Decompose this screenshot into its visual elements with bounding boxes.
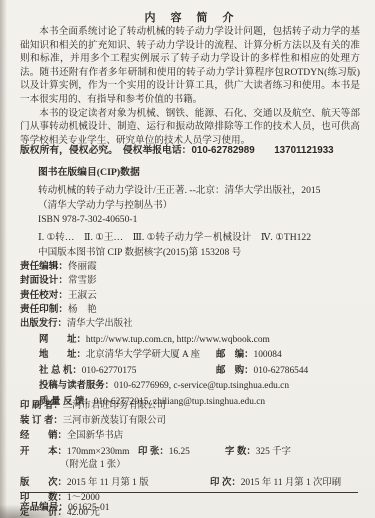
staff-value: 常雪影 [68,275,97,286]
publishing-info: 出版发行：清华大学出版社 网 址：http://www.tup.com.cn, … [20,316,360,409]
content-summary: 本书全面系统讨论了转动机械的转子动力学设计问题，包括转子动力学的基础知识和相关的… [20,25,360,147]
cip-isbn-line: ISBN 978-7-302-40650-1 [38,213,360,228]
footer-divider [20,492,358,493]
website-label: 网 址： [39,333,86,344]
cip-classification-line: Ⅰ. ①转… Ⅱ. ①王… Ⅲ. ①转子动力学－机械设计 Ⅳ. ①TH122 [38,229,360,243]
reader-service-label: 投稿与读者服务： [39,379,114,390]
impression-label: 印 次： [210,476,241,487]
edition-row: 版 次：2015 年 11 月第 1 版 印 次：2015 年 11 月第 1 … [20,475,360,490]
postcode-label: 邮 编： [216,348,254,359]
distributor-label: 经 销： [20,429,67,440]
postcode-value: 100084 [254,350,282,360]
distributor-value: 全国新华书店 [67,431,123,441]
staff-value: 佟丽霞 [68,261,97,272]
mail-order-pair: 邮 购：010-62786544 [216,363,308,379]
address-row: 地 址：北京清华大学学研大厦 A 座 邮 编：100084 [20,347,360,363]
distributor-row: 经 销：全国新华书店 [20,428,360,443]
cip-header: 图书在版编目(CIP)数据 [38,164,375,178]
switchboard-label: 社 总 机： [39,364,82,375]
printer-label: 印 刷 者： [20,399,63,410]
sheets-value: 16.25 [169,447,190,457]
staff-label: 责任编辑： [20,261,68,272]
cip-series-line: （清华大学动力学与控制丛书） [38,199,360,214]
publisher-value: 清华大学出版社 [67,319,133,329]
product-number-value: 061625-01 [68,502,110,513]
publisher-label: 出版发行： [20,317,67,328]
staff-label: 责任印制： [20,304,68,315]
switchboard-value: 010-62770175 [82,366,137,376]
cip-block: 转动机械的转子动力学设计/王正著. --北京：清华大学出版社，2015 （清华大… [38,184,360,228]
product-number-row: 产品编号：061625-01 [20,499,360,513]
postcode-pair: 邮 编：100084 [216,347,282,363]
binder-row: 装 订 者：三河市新茂装订有限公司 [20,413,360,428]
website-row: 网 址：http://www.tup.com.cn, http://www.wq… [20,332,360,348]
mail-order-label: 邮 购： [216,364,254,375]
staff-row-editor: 责任编辑：佟丽霞 [20,260,360,274]
book-copyright-page: 内 容 简 介 本书全面系统讨论了转动机械的转子动力学设计问题，包括转子动力学的… [0,0,375,518]
cip-title-line: 转动机械的转子动力学设计/王正著. --北京：清华大学出版社，2015 [38,184,360,199]
staff-value: 杨 艳 [68,304,97,315]
website-value: http://www.tup.com.cn, http://www.wqbook… [86,335,270,345]
scan-edge-artifact [0,0,7,518]
product-number-label: 产品编号： [20,502,68,513]
format-row: 开 本：170mm×230mm 印 张：16.25 字 数：325 千字 [20,444,360,459]
binder-label: 装 订 者： [20,414,63,425]
copyright-notice: 版权所有，侵权必究。 侵权举报电话：010-62782989 137011219… [20,142,360,156]
edition-value: 2015 年 11 月第 1 版 [67,478,149,488]
mail-order-value: 010-62786544 [254,366,309,376]
printer-value: 三河市君旺印务有限公司 [63,401,166,411]
wordcount-label: 字 数： [225,445,256,456]
format-value: 170mm×230mm [67,447,130,457]
printer-row: 印 刷 者：三河市君旺印务有限公司 [20,398,360,413]
attachment-note: （附光盘 1 张） [20,459,360,472]
impression-pair: 印 次：2015 年 11 月第 1 次印刷 [210,475,341,490]
address-label: 地 址： [39,348,86,359]
wordcount-pair: 字 数：325 千字 [225,444,291,459]
impression-value: 2015 年 11 月第 1 次印刷 [241,478,341,488]
staff-value: 王淑云 [68,290,97,301]
format-label: 开 本： [20,445,67,456]
binder-value: 三河市新茂装订有限公司 [63,416,166,426]
staff-row-cover-design: 封面设计：常雪影 [20,274,360,288]
staff-row-proofreader: 责任校对：王淑云 [20,289,360,303]
wordcount-value: 325 千字 [256,447,291,457]
cip-record-line: 中国版本图书馆 CIP 数据核字(2015)第 153208 号 [38,244,360,258]
staff-label: 封面设计： [20,275,68,286]
staff-label: 责任校对： [20,290,68,301]
publisher-row: 出版发行：清华大学出版社 [20,316,360,332]
summary-paragraph-1: 本书全面系统讨论了转动机械的转子动力学设计问题，包括转子动力学的基础知识和相关的… [20,25,360,107]
address-value: 北京清华大学学研大厦 A 座 [86,350,200,360]
staff-credits: 责任编辑：佟丽霞 封面设计：常雪影 责任校对：王淑云 责任印制：杨 艳 [20,260,360,317]
reader-service-value: 010-62776969, c-service@tup.tsinghua.edu… [114,381,289,391]
reader-service-row: 投稿与读者服务：010-62776969, c-service@tup.tsin… [20,378,360,394]
edition-label: 版 次： [20,476,67,487]
sheets-pair: 印 张：16.25 [138,444,190,459]
sheets-label: 印 张： [138,445,169,456]
switchboard-row: 社 总 机：010-62770175 邮 购：010-62786544 [20,363,360,379]
content-summary-title: 内 容 简 介 [20,9,360,25]
